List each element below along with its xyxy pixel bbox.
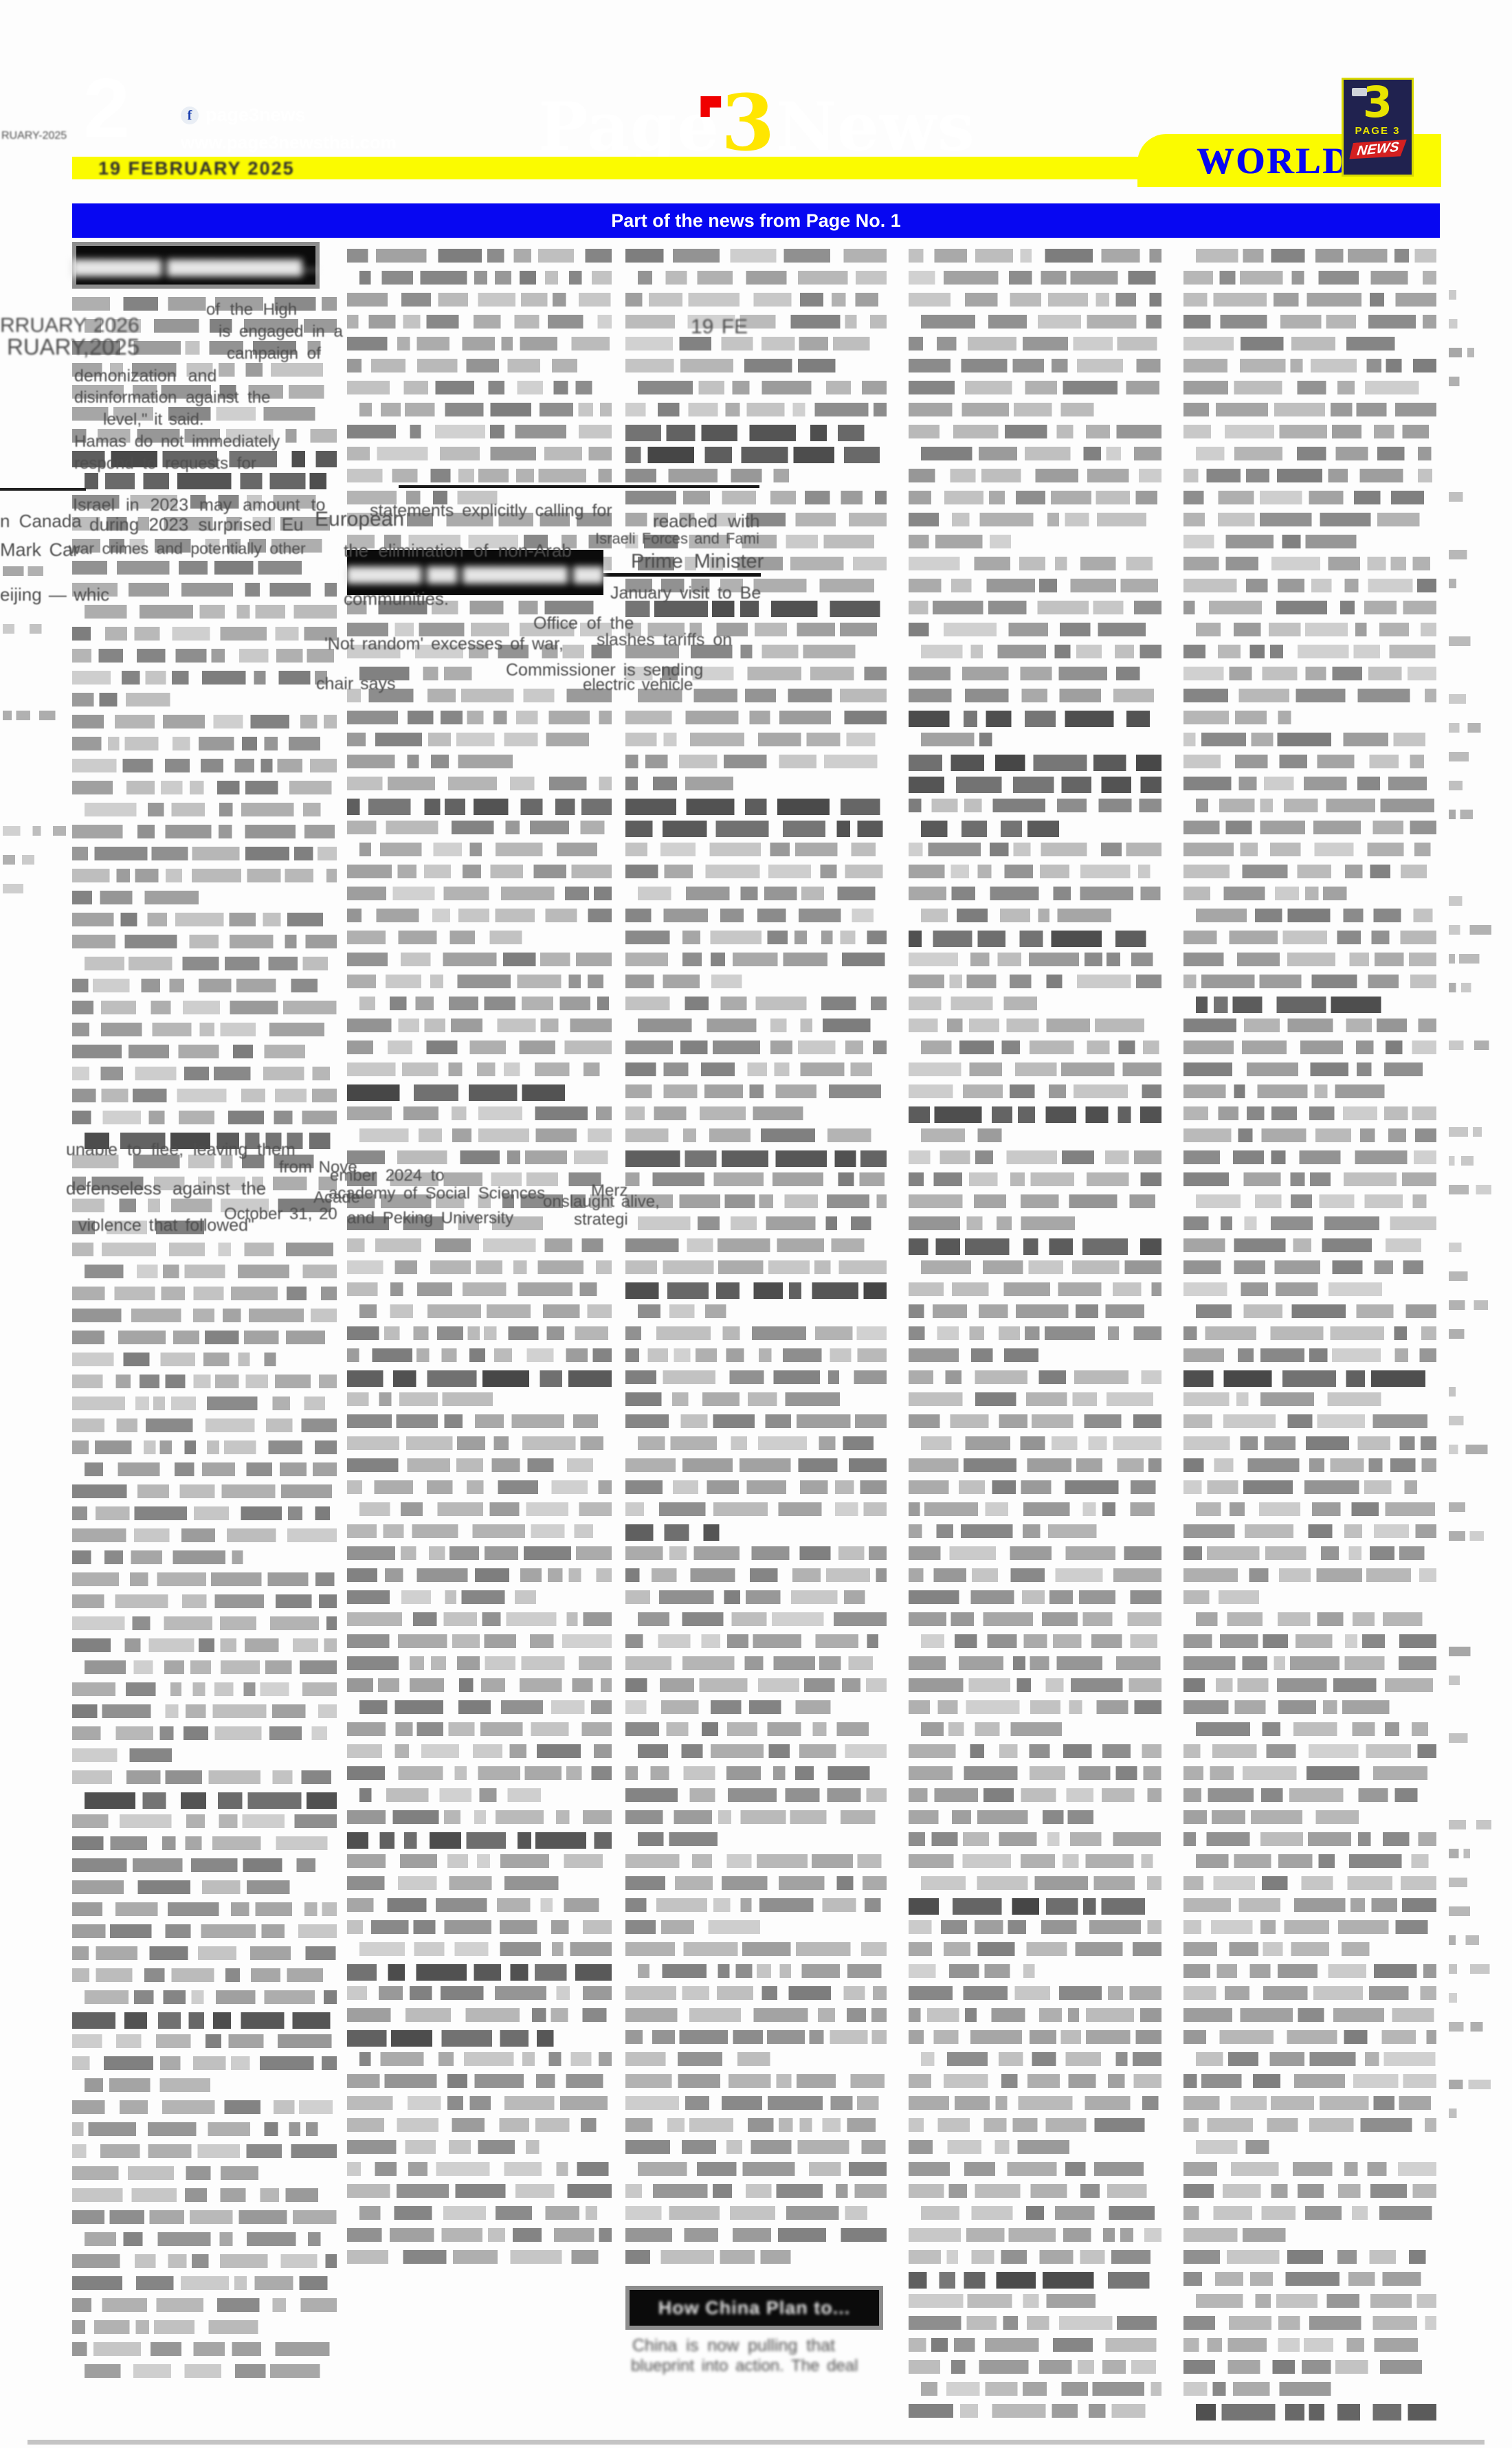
blurred-text-line <box>625 249 887 263</box>
blurred-text-line <box>347 1722 612 1736</box>
blurred-text-line <box>625 1832 887 1846</box>
blurred-text-line <box>3 826 66 836</box>
blurred-text-line <box>625 2096 887 2110</box>
blurred-text-line <box>1183 249 1436 263</box>
ghost-text-fragment: slashes tariffs on <box>597 631 732 649</box>
blurred-text-line <box>625 1920 887 1934</box>
blurred-text-line <box>72 297 337 311</box>
blurred-text-line <box>72 1089 337 1102</box>
blurred-text-line <box>72 2166 337 2180</box>
blurred-text-line <box>72 1968 337 1982</box>
blurred-text-line <box>1183 601 1436 614</box>
blurred-text-line <box>909 1502 1161 1516</box>
blurred-text-line <box>625 271 887 285</box>
blurred-text-line <box>625 1260 887 1274</box>
ghost-text-fragment: blueprint into action. The deal <box>631 2357 858 2374</box>
blurred-text-line <box>909 1062 1161 1076</box>
ghost-text-fragment: war crimes and potentially other <box>69 540 306 557</box>
ghost-text-fragment: is engaged in a <box>219 323 343 340</box>
blurred-text-line <box>72 1748 337 1762</box>
blurred-text-line <box>909 2162 1161 2176</box>
blurred-text-line <box>72 1814 337 1828</box>
blurred-text-line <box>72 1792 337 1809</box>
blurred-text-line <box>347 425 612 438</box>
blurred-text-line <box>1449 579 1491 588</box>
blurred-text-line <box>625 1128 887 1142</box>
blurred-text-line <box>347 1414 612 1428</box>
blurred-text-line <box>1183 645 1436 658</box>
blurred-text-line <box>625 403 887 416</box>
blurred-text-line <box>909 1788 1161 1802</box>
blurred-text-line <box>909 953 1161 966</box>
blurred-text-line <box>909 1238 1161 1255</box>
blurred-text-line <box>909 1832 1161 1846</box>
ghost-text-fragment: eijing — whic <box>0 586 109 604</box>
blurred-text-line <box>72 2254 337 2268</box>
blurred-text-line <box>1183 315 1436 329</box>
blurred-text-line <box>625 2030 887 2044</box>
blurred-text-line <box>1183 491 1436 504</box>
blurred-text-line <box>1183 2096 1436 2110</box>
blurred-text-line <box>625 1876 887 1890</box>
blurred-text-line <box>347 359 612 372</box>
blurred-text-line <box>909 1370 1161 1384</box>
blurred-text-line <box>1449 1156 1491 1166</box>
rule-line <box>27 2440 1485 2445</box>
facebook-row: f page3news <box>181 104 306 126</box>
blurred-text-line <box>909 1304 1161 1318</box>
ghost-text-fragment: academy of Social Sciences <box>329 1185 545 1202</box>
blurred-text-line <box>625 1634 887 1648</box>
blurred-text-line <box>909 2096 1161 2110</box>
blurred-text-line <box>1449 781 1491 790</box>
blurred-text-line <box>1183 1392 1436 1406</box>
blurred-text-line <box>1449 752 1491 761</box>
blurred-text-line <box>625 1590 887 1604</box>
blurred-text-line <box>72 1243 337 1256</box>
blurred-text-line <box>625 733 887 746</box>
blurred-text-line <box>72 1836 337 1850</box>
blurred-text-line <box>625 2250 887 2264</box>
blurred-text-line <box>625 601 887 617</box>
blurred-text-line <box>72 1946 337 1960</box>
blurred-text-line <box>72 869 337 882</box>
blurred-text-line <box>72 1418 337 1432</box>
blurred-text-line <box>1183 711 1436 724</box>
blurred-text-line <box>625 1106 887 1120</box>
blurred-text-line <box>1449 1329 1491 1339</box>
blurred-text-line <box>625 997 887 1010</box>
blurred-text-line <box>1449 1906 1491 1916</box>
blurred-text-line <box>72 2364 337 2378</box>
blurred-text-line <box>1183 909 1436 922</box>
ghost-text-fragment: Mark Car <box>0 540 79 559</box>
blurred-text-line <box>1449 290 1491 300</box>
blurred-text-line <box>909 425 1161 438</box>
blurred-text-line <box>72 2122 337 2136</box>
blurred-text-line <box>909 1150 1161 1164</box>
blurred-text-line <box>1449 1878 1491 1887</box>
blurred-text-line <box>625 931 887 944</box>
blurred-text-line <box>909 271 1161 285</box>
blurred-text-line <box>909 557 1161 570</box>
blurred-text-line <box>1183 1436 1436 1450</box>
ghost-text-fragment: respond to requests for <box>74 455 256 472</box>
blurred-text-line <box>909 2008 1161 2022</box>
blurred-text-line <box>347 1238 612 1252</box>
blurred-text-line <box>1183 2404 1436 2421</box>
ghost-text-fragment: level," it said. <box>103 411 204 428</box>
blurred-text-line <box>72 583 337 597</box>
blurred-text-line <box>1183 1326 1436 1340</box>
ghost-text-fragment: 'Not random' excesses of war, <box>324 635 564 653</box>
blurred-text-line <box>625 1348 887 1362</box>
blurred-text-line <box>72 737 337 750</box>
blurred-text-line <box>1183 1128 1436 1142</box>
blurred-text-line <box>909 1524 1161 1538</box>
blurred-text-line <box>909 1414 1161 1428</box>
blurred-text-line <box>625 1942 887 1956</box>
blurred-text-line <box>625 1216 887 1230</box>
logo-news-label: NEWS <box>1348 137 1406 162</box>
blurred-text-line <box>1183 953 1436 966</box>
blurred-text-line <box>625 953 887 966</box>
blurred-text-line <box>72 2298 337 2312</box>
blurred-text-line <box>1183 1370 1436 1387</box>
blurred-text-line <box>625 1524 887 1541</box>
blurred-text-line <box>72 2100 337 2114</box>
blurred-text-line <box>347 1788 612 1802</box>
blurred-text-line <box>625 2052 887 2066</box>
blurred-text-line <box>909 1348 1161 1362</box>
blurred-text-line <box>1183 1986 1436 2000</box>
blurred-text-line <box>72 1638 337 1652</box>
blurred-text-line <box>909 337 1161 350</box>
blurred-text-line <box>1183 1656 1436 1670</box>
blurred-text-line <box>1183 623 1436 636</box>
blurred-text-line <box>72 1309 337 1322</box>
blurred-text-line <box>1183 1194 1436 1208</box>
blurred-text-line <box>72 1462 337 1476</box>
masthead-word-right: News <box>776 88 975 166</box>
blurred-text-line <box>909 733 1161 746</box>
blurred-text-line <box>347 271 612 285</box>
blurred-text-line <box>1183 799 1436 812</box>
blurred-text-line <box>625 1436 887 1450</box>
blurred-text-line <box>347 865 612 878</box>
blurred-text-line <box>1183 1150 1436 1164</box>
blurred-text-line <box>909 909 1161 922</box>
blurred-text-line <box>1183 381 1436 394</box>
blurred-text-line <box>1183 1041 1436 1054</box>
blurred-text-line <box>1183 1832 1436 1846</box>
blurred-text-line <box>1183 513 1436 526</box>
blurred-text-line <box>72 1726 337 1740</box>
blurred-text-line <box>909 1810 1161 1824</box>
page-number: 2 <box>83 66 130 150</box>
blurred-text-line <box>347 403 612 416</box>
ghost-text-fragment: October 31, 20 <box>224 1205 337 1223</box>
blurred-text-line <box>1183 865 1436 878</box>
blurred-text-line <box>1183 931 1436 944</box>
blurred-text-line <box>1449 925 1491 935</box>
blurred-text-line <box>1183 1920 1436 1934</box>
blurred-text-line <box>72 1704 337 1718</box>
blurred-text-line <box>625 1282 887 1299</box>
blurred-text-line <box>3 884 66 893</box>
blurred-text-line <box>909 931 1161 947</box>
blurred-text-line <box>625 2008 887 2022</box>
blurred-text-line <box>909 997 1161 1010</box>
ghost-text-fragment: demonization and <box>74 367 216 385</box>
blurred-text-line <box>625 821 887 837</box>
blurred-text-line <box>909 2404 1161 2418</box>
blurred-text-line <box>909 1942 1161 1956</box>
blurred-text-line <box>72 605 337 619</box>
blurred-text-line <box>625 887 887 900</box>
ghost-text-fragment: January visit to Be <box>610 584 761 602</box>
blurred-text-line <box>909 1084 1161 1098</box>
blurred-text-line <box>72 1331 337 1344</box>
blurred-text-line <box>1183 535 1436 548</box>
news-column-4 <box>909 249 1161 2436</box>
blurred-text-line <box>909 2140 1161 2154</box>
blurred-text-line <box>625 2074 887 2088</box>
blurred-text-line <box>909 1656 1161 1670</box>
blurred-text-line <box>72 2056 337 2070</box>
ghost-text-fragment: electric vehicle <box>583 676 693 693</box>
blurred-text-line <box>1449 1849 1491 1858</box>
blurred-text-line <box>72 1594 337 1608</box>
blurred-text-line <box>72 979 337 992</box>
blurred-text-line <box>909 2184 1161 2198</box>
rule-line <box>399 485 759 488</box>
blurred-text-line <box>72 759 337 772</box>
blurred-text-line <box>347 2074 612 2088</box>
blurred-text-line <box>1183 1722 1436 1736</box>
blurred-text-line <box>347 755 612 768</box>
blurred-text-line <box>72 1353 337 1366</box>
blurred-text-line <box>72 825 337 838</box>
blurred-text-line <box>909 2316 1161 2330</box>
blurred-text-line <box>625 799 887 815</box>
blurred-text-line <box>347 1612 612 1626</box>
blurred-text-line <box>347 1084 612 1101</box>
masthead-digit: 3 <box>721 78 775 168</box>
blurred-text-line <box>909 645 1161 658</box>
headline-box-label: ▆▆▆▆▆▆ ▆▆▆▆▆▆▆▆▆... <box>72 255 320 276</box>
blurred-text-line <box>72 2144 337 2158</box>
subheader-label: Part of the news from Page No. 1 <box>72 203 1440 238</box>
blurred-text-line <box>347 843 612 856</box>
blurred-text-line <box>1183 975 1436 988</box>
blurred-text-line <box>72 1287 337 1300</box>
blurred-text-line <box>625 909 887 922</box>
blurred-text-line <box>1183 557 1436 570</box>
blurred-text-line <box>909 623 1161 636</box>
subheader-bar: Part of the news from Page No. 1 <box>72 203 1440 238</box>
blurred-text-line <box>625 2140 887 2154</box>
blurred-text-line <box>347 2030 612 2047</box>
margin-noise-strip <box>1449 261 1491 2213</box>
blurred-text-line <box>1449 1243 1491 1252</box>
website-url: www.page3newsthai.com <box>181 132 397 153</box>
blurred-text-line <box>347 1019 612 1032</box>
blurred-text-line <box>1449 694 1491 704</box>
blurred-text-line <box>347 1700 612 1714</box>
blurred-text-line <box>347 1480 612 1494</box>
blurred-text-line <box>347 1986 612 2000</box>
blurred-text-line <box>72 1572 337 1586</box>
blurred-text-line <box>1183 337 1436 350</box>
blurred-text-line <box>72 1902 337 1916</box>
ghost-text-fragment: Israeli Forces and Fami <box>595 531 759 546</box>
blurred-text-line <box>1449 1387 1491 1397</box>
blurred-text-line <box>347 337 612 350</box>
ghost-text-fragment: strategi <box>574 1211 628 1228</box>
blurred-text-line <box>347 975 612 988</box>
blurred-text-line <box>72 693 337 706</box>
blurred-text-line <box>347 315 612 329</box>
blurred-text-line <box>909 2294 1161 2308</box>
blurred-text-line <box>625 865 887 878</box>
blurred-text-line <box>625 2162 887 2176</box>
blurred-text-line <box>1183 1084 1436 1098</box>
blurred-text-line <box>1183 2272 1436 2286</box>
blurred-text-line <box>347 1568 612 1582</box>
blurred-text-line <box>347 2118 612 2132</box>
ghost-text-fragment: chair says <box>316 675 396 693</box>
blurred-text-line <box>1183 1524 1436 1538</box>
ghost-text-fragment: Merz <box>591 1182 627 1199</box>
blurred-text-line <box>72 1924 337 1938</box>
blurred-text-line <box>1183 2228 1436 2242</box>
blurred-text-line <box>625 1810 887 1824</box>
blurred-text-line <box>347 1326 612 1340</box>
blurred-text-line <box>72 2034 337 2048</box>
blurred-text-line <box>909 1041 1161 1054</box>
blurred-text-line <box>1449 1185 1491 1194</box>
blurred-text-line <box>1183 1304 1436 1318</box>
blurred-text-line <box>625 1414 887 1428</box>
blurred-text-line <box>72 1880 337 1894</box>
blurred-text-line <box>347 1920 612 1934</box>
blurred-text-line <box>72 715 337 728</box>
blurred-text-line <box>1449 2108 1491 2118</box>
blurred-text-line <box>72 847 337 860</box>
blurred-text-line <box>909 2052 1161 2066</box>
blurred-text-line <box>625 469 887 482</box>
blurred-text-line <box>72 1660 337 1674</box>
blurred-text-line <box>625 711 887 724</box>
blurred-text-line <box>1183 2250 1436 2264</box>
headline-box-label: ▆▆▆▆▆ ▆▆ ▆▆▆▆▆▆▆ ▆▆ <box>347 562 604 583</box>
blurred-text-line <box>625 1480 887 1494</box>
blurred-text-line <box>625 1041 887 1054</box>
blurred-text-line <box>625 1678 887 1692</box>
blurred-text-line <box>909 1876 1161 1890</box>
blurred-text-line <box>1183 1019 1436 1032</box>
blurred-text-line <box>1183 2316 1436 2330</box>
blurred-text-line <box>625 447 887 463</box>
blurred-text-line <box>1183 2162 1436 2176</box>
blurred-text-line <box>347 821 612 834</box>
blurred-text-line <box>347 1678 612 1692</box>
blurred-text-line <box>72 1858 337 1872</box>
blurred-text-line <box>909 315 1161 329</box>
blurred-text-line <box>72 2342 337 2356</box>
blurred-text-line <box>347 1810 612 1824</box>
blurred-text-line <box>909 2360 1161 2374</box>
blurred-text-line <box>72 561 337 575</box>
blurred-text-line <box>347 381 612 394</box>
margin-noise-strip <box>3 509 66 900</box>
blurred-text-line <box>72 803 337 816</box>
blurred-text-line <box>3 566 66 576</box>
blurred-text-line <box>625 1084 887 1098</box>
blurred-text-line <box>625 1019 887 1032</box>
blurred-text-line <box>1183 2294 1436 2308</box>
blurred-text-line <box>625 1744 887 1758</box>
blurred-text-line <box>347 1744 612 1758</box>
blurred-text-line <box>909 1194 1161 1208</box>
blurred-text-line <box>625 1392 887 1406</box>
blurred-text-line <box>1183 1744 1436 1758</box>
blurred-text-line <box>625 1722 887 1736</box>
blurred-text-line <box>72 1616 337 1630</box>
blurred-text-line <box>72 1440 337 1454</box>
blurred-text-line <box>1183 2382 1436 2396</box>
ghost-text-fragment: Israel in 2023 may amount to <box>73 496 325 514</box>
blurred-text-line <box>1183 1766 1436 1780</box>
blurred-text-line <box>1183 887 1436 900</box>
blurred-text-line <box>909 1282 1161 1296</box>
ghost-text-fragment: n Canada <box>0 512 82 531</box>
blurred-text-line <box>909 1920 1161 1934</box>
blurred-text-line <box>347 1942 612 1956</box>
blurred-text-line <box>1449 1531 1491 1541</box>
blurred-text-line <box>909 711 1161 727</box>
blurred-text-line <box>347 469 612 482</box>
blurred-text-line <box>909 469 1161 482</box>
blurred-text-line <box>625 1656 887 1670</box>
blurred-text-line <box>625 337 887 350</box>
blurred-text-line <box>1183 447 1436 460</box>
masthead: Page3News <box>538 78 975 168</box>
blurred-text-line <box>909 359 1161 372</box>
blurred-text-line <box>72 2232 337 2246</box>
blurred-text-line <box>1183 1942 1436 1956</box>
blurred-text-line <box>72 935 337 948</box>
blurred-text-line <box>347 733 612 746</box>
blurred-text-line <box>1183 1282 1436 1296</box>
facebook-icon: f <box>181 107 199 124</box>
blurred-text-line <box>909 1634 1161 1648</box>
blurred-text-line <box>347 2206 612 2220</box>
ghost-text-fragment: defenseless against the <box>66 1179 266 1198</box>
blurred-text-line <box>3 711 66 720</box>
blurred-text-line <box>909 535 1161 548</box>
blurred-text-line <box>1449 983 1491 992</box>
blurred-text-line <box>347 799 612 815</box>
blurred-text-line <box>72 2276 337 2290</box>
blurred-text-line <box>1183 1216 1436 1230</box>
blurred-text-line <box>1449 1445 1491 1454</box>
blurred-text-line <box>909 2382 1161 2396</box>
blurred-text-line <box>1183 1172 1436 1186</box>
blurred-text-line <box>1183 359 1436 372</box>
blurred-text-line <box>625 1898 887 1912</box>
